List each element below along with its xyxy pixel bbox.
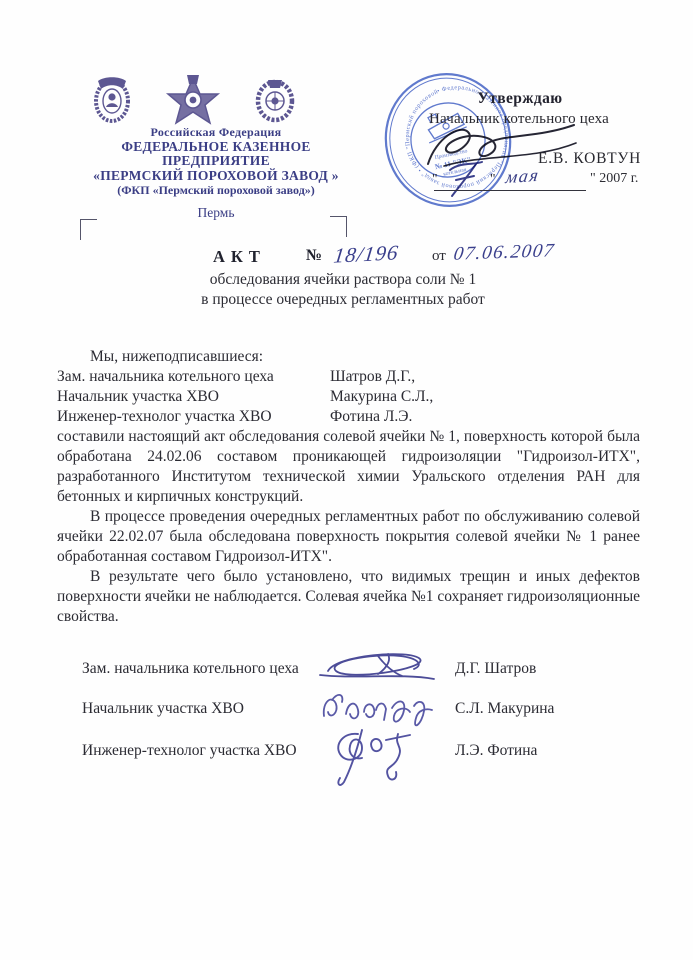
person-row: Зам. начальника котельного цеха Шатров Д… — [57, 367, 640, 387]
scanned-act-document: Российская Федерация ФЕДЕРАЛЬНОЕ КАЗЕННО… — [0, 0, 693, 960]
person-row: Начальник участка ХВО Макурина С.Л., — [57, 387, 640, 407]
person-title: Инженер-технолог участка ХВО — [57, 407, 330, 427]
act-number-sign: № — [306, 247, 322, 265]
signature-title: Зам. начальника котельного цеха — [82, 660, 299, 677]
act-title-line: АКТ № 18/196 от 07.06.2007 — [0, 244, 693, 270]
act-subtitle-2: в процессе очередных регламентных работ — [0, 291, 686, 309]
approval-date-line: " " мая " 2007 г. — [430, 164, 670, 198]
signature-name: С.Л. Макурина — [455, 700, 554, 718]
signature-name: Д.Г. Шатров — [455, 660, 536, 678]
signature-row: Зам. начальника котельного цеха Д.Г. Шат… — [82, 660, 642, 680]
order-wreath-icon — [246, 74, 304, 129]
paragraph-1: составили настоящий акт обследования сол… — [57, 427, 640, 507]
act-label: АКТ — [213, 247, 266, 267]
signature-title: Инженер-технолог участка ХВО — [82, 742, 297, 759]
person-title: Зам. начальника котельного цеха — [57, 367, 330, 387]
letterhead-org-line4: (ФКП «Пермский пороховой завод») — [40, 183, 392, 198]
crop-mark-right — [330, 216, 347, 237]
person-row: Инженер-технолог участка ХВО Фотина Л.Э. — [57, 407, 640, 427]
handwritten-day — [444, 156, 488, 202]
person-name: Макурина С.Л., — [330, 387, 433, 407]
letterhead: Российская Федерация ФЕДЕРАЛЬНОЕ КАЗЕННО… — [40, 125, 392, 198]
order-badge-portrait-icon — [86, 74, 138, 129]
signature-row: Инженер-технолог участка ХВО Л.Э. Фотина — [82, 742, 642, 762]
paragraph-2: В процессе проведения очередных регламен… — [57, 507, 640, 567]
signature-fotina — [328, 722, 428, 797]
date-year: " 2007 г. — [590, 171, 638, 187]
paragraph-3: В результате чего было установлено, что … — [57, 567, 640, 627]
approve-label: Утверждаю — [454, 90, 586, 108]
person-title: Начальник участка ХВО — [57, 387, 330, 407]
act-from-label: от — [432, 248, 446, 265]
person-name: Фотина Л.Э. — [330, 407, 412, 427]
signature-row: Начальник участка ХВО С.Л. Макурина — [82, 700, 642, 720]
handwritten-month: мая — [504, 165, 541, 188]
letterhead-country: Российская Федерация — [40, 125, 392, 140]
signature-title: Начальник участка ХВО — [82, 700, 244, 717]
date-open-quote: " — [432, 171, 438, 187]
person-name: Шатров Д.Г., — [330, 367, 415, 387]
crop-mark-left — [80, 219, 97, 240]
signature-section: Зам. начальника котельного цеха Д.Г. Шат… — [82, 652, 642, 812]
act-number-handwritten: 18/196 — [332, 240, 400, 268]
date-underline — [434, 190, 586, 191]
act-body: Мы, нижеподписавшиеся: Зам. начальника к… — [57, 347, 640, 627]
letterhead-org-line2: ПРЕДПРИЯТИЕ — [40, 154, 392, 169]
act-subtitle-1: обследования ячейки раствора соли № 1 — [0, 271, 686, 289]
signature-name: Л.Э. Фотина — [455, 742, 537, 760]
intro-line: Мы, нижеподписавшиеся: — [57, 347, 640, 367]
letterhead-org-line3: «ПЕРМСКИЙ ПОРОХОВОЙ ЗАВОД » — [40, 169, 392, 184]
date-close-quote: " — [490, 171, 496, 187]
letterhead-org-line1: ФЕДЕРАЛЬНОЕ КАЗЕННОЕ — [40, 140, 392, 155]
order-star-icon — [160, 70, 226, 131]
act-date-handwritten: 07.06.2007 — [452, 240, 556, 265]
